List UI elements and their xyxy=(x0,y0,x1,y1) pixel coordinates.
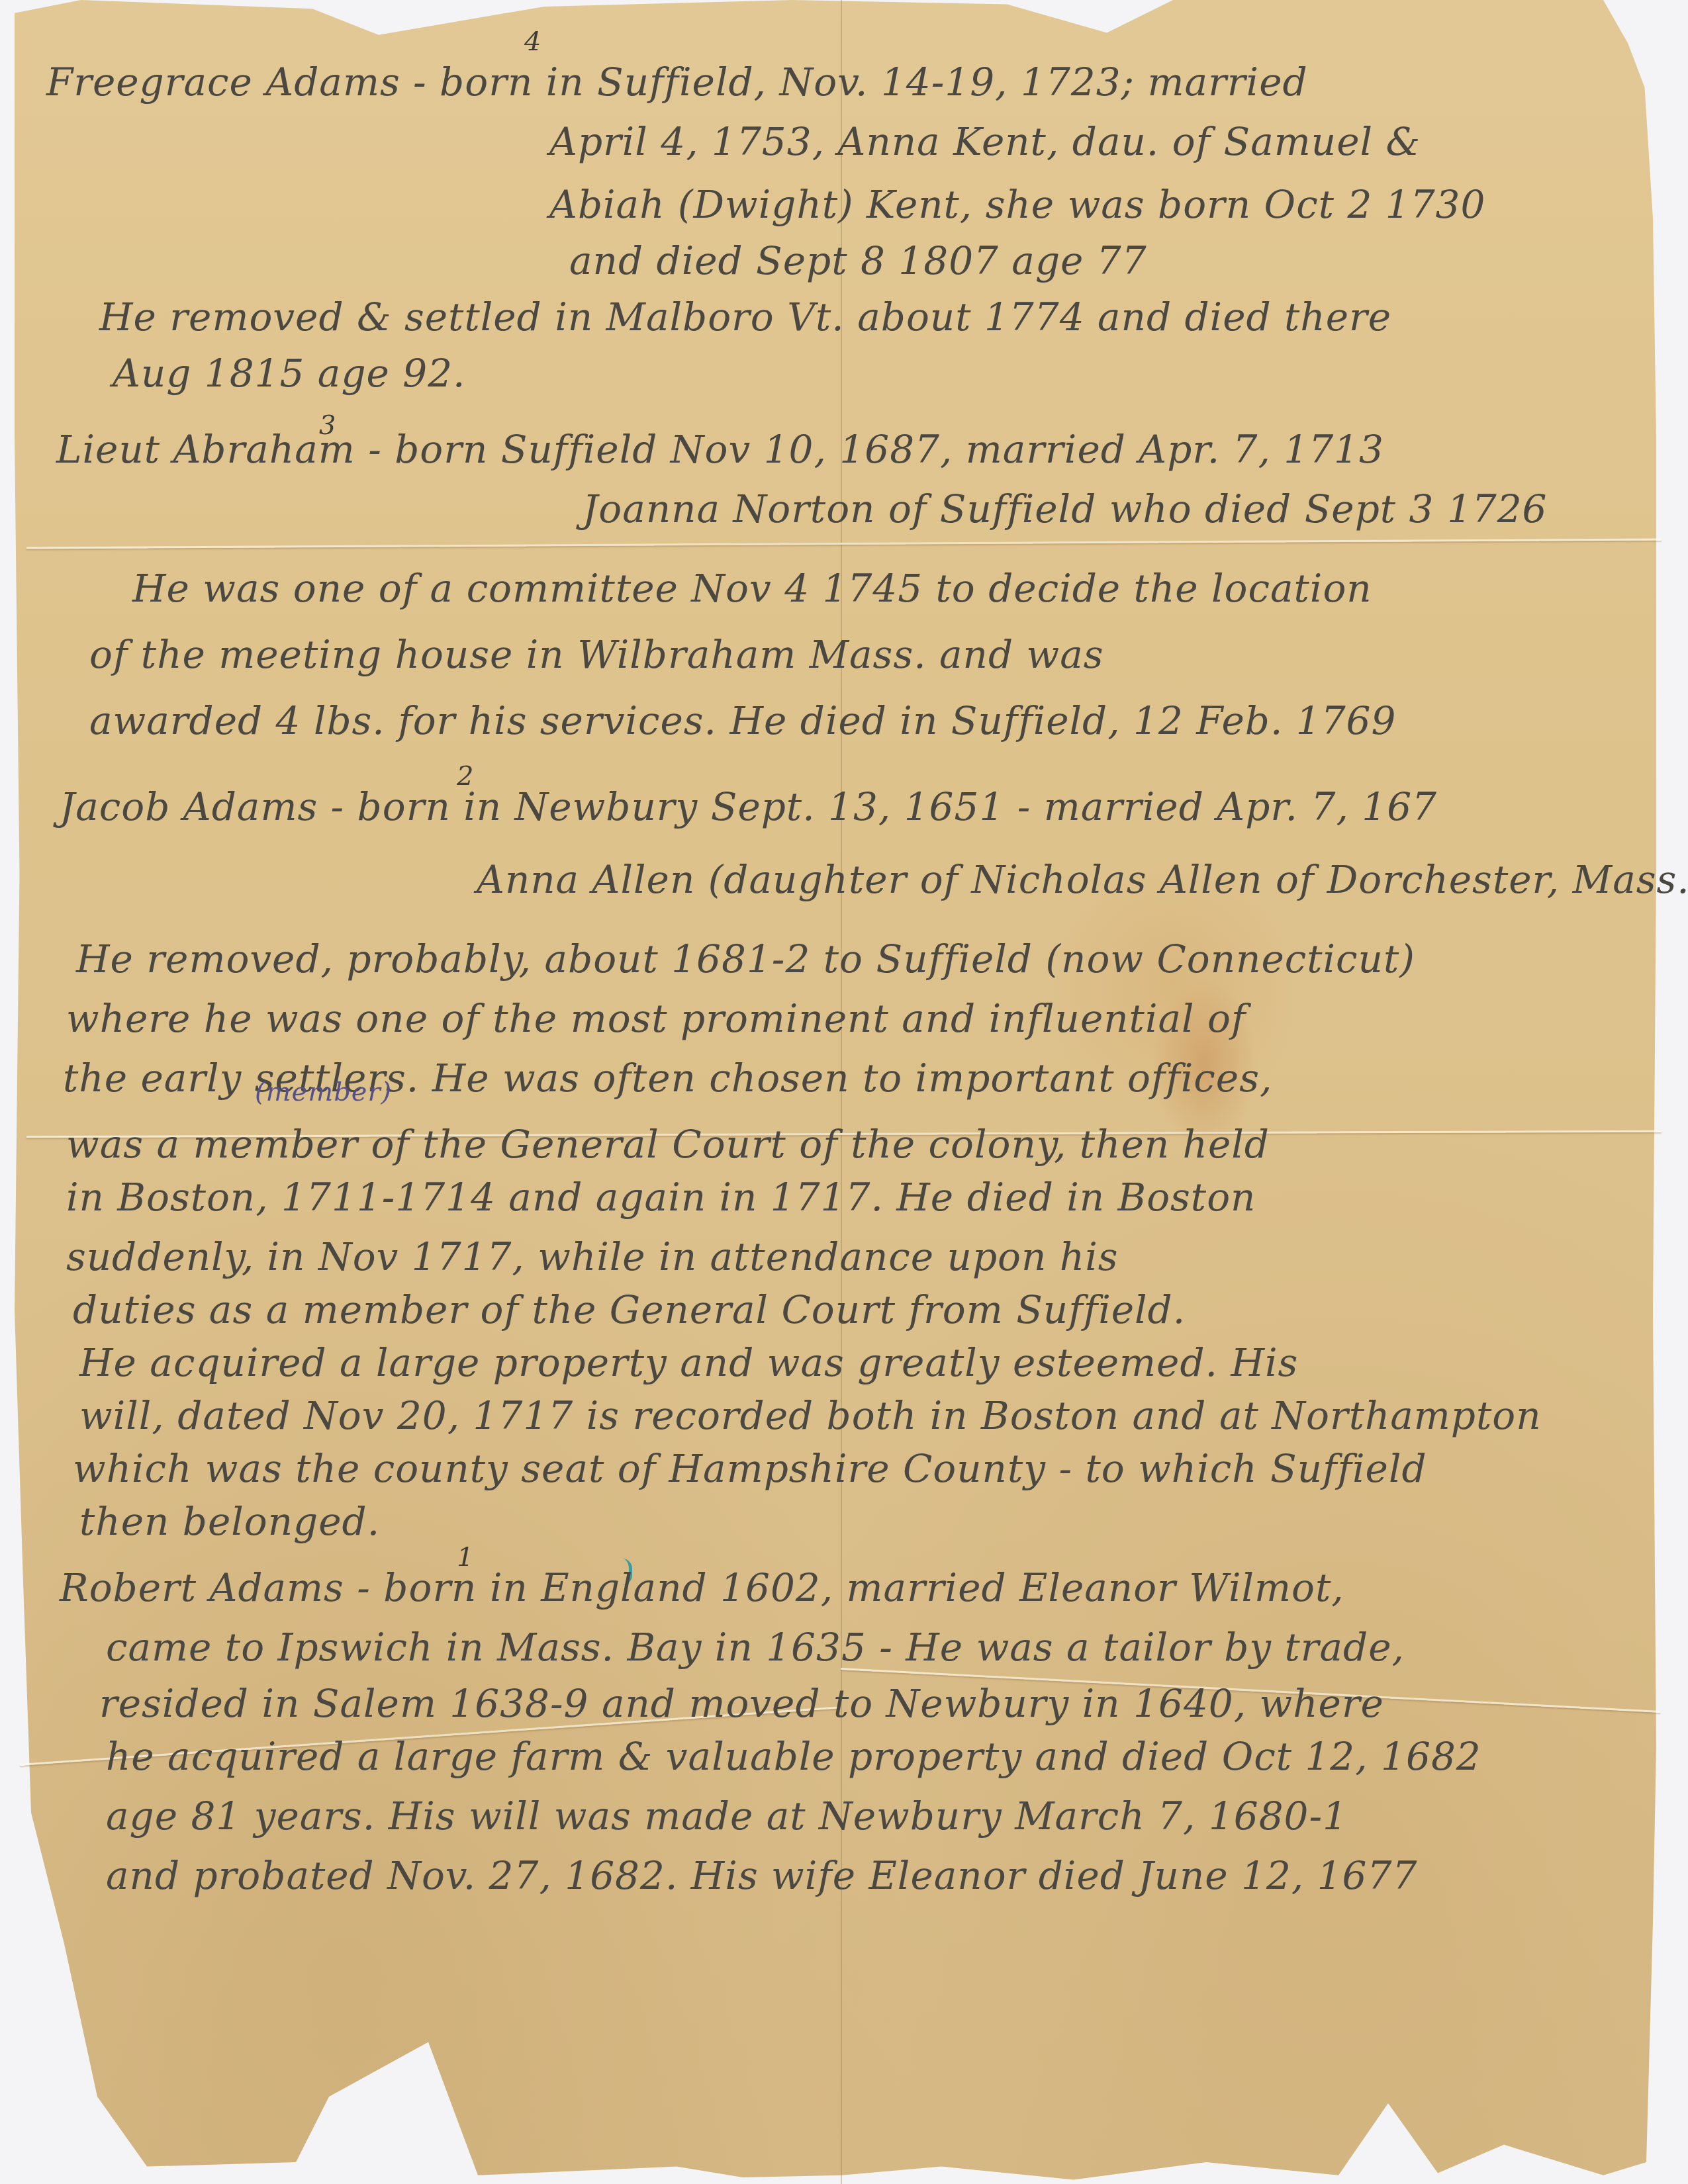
handwritten-line: which was the county seat of Hampshire C… xyxy=(73,1449,1427,1488)
generation-number: 2 xyxy=(457,761,473,792)
handwritten-line: the early settlers. He was often chosen … xyxy=(63,1059,1272,1097)
handwritten-line: suddenly, in Nov 1717, while in attendan… xyxy=(66,1238,1118,1276)
handwritten-line: where he was one of the most prominent a… xyxy=(66,999,1246,1038)
handwritten-line: resided in Salem 1638-9 and moved to New… xyxy=(99,1684,1384,1723)
handwritten-line: Aug 1815 age 92. xyxy=(113,354,466,392)
handwritten-line: Joanna Norton of Suffield who died Sept … xyxy=(583,490,1548,528)
handwritten-line: awarded 4 lbs. for his services. He died… xyxy=(89,702,1396,740)
handwritten-line: age 81 years. His will was made at Newbu… xyxy=(106,1797,1348,1835)
generation-number: 1 xyxy=(457,1542,473,1572)
handwritten-line: April 4, 1753, Anna Kent, dau. of Samuel… xyxy=(549,122,1421,161)
generation-number: 4 xyxy=(524,26,541,57)
handwritten-line: He was one of a committee Nov 4 1745 to … xyxy=(132,569,1372,608)
generation-number: 3 xyxy=(319,410,336,441)
handwritten-line: Jacob Adams - born in Newbury Sept. 13, … xyxy=(60,788,1437,826)
ink-annotation: (member) xyxy=(255,1079,392,1105)
handwritten-line: He removed & settled in Malboro Vt. abou… xyxy=(99,298,1391,336)
handwritten-line: he acquired a large farm & valuable prop… xyxy=(106,1737,1481,1776)
handwritten-line: duties as a member of the General Court … xyxy=(73,1291,1186,1329)
handwritten-line: Robert Adams - born in England 1602, mar… xyxy=(60,1569,1344,1607)
handwritten-line: in Boston, 1711-1714 and again in 1717. … xyxy=(66,1178,1256,1216)
handwritten-line: was a member of the General Court of the… xyxy=(66,1125,1270,1163)
handwritten-line: will, dated Nov 20, 1717 is recorded bot… xyxy=(79,1396,1542,1435)
handwritten-line: of the meeting house in Wilbraham Mass. … xyxy=(89,635,1104,674)
handwritten-line: then belonged. xyxy=(79,1502,380,1541)
handwritten-line: He removed, probably, about 1681-2 to Su… xyxy=(76,940,1415,978)
handwritten-line: He acquired a large property and was gre… xyxy=(79,1343,1298,1382)
handwritten-line: came to Ipswich in Mass. Bay in 1635 - H… xyxy=(106,1628,1405,1666)
handwritten-line: and probated Nov. 27, 1682. His wife Ele… xyxy=(106,1856,1417,1895)
handwritten-line: Freegrace Adams - born in Suffield, Nov.… xyxy=(46,63,1308,101)
handwritten-line: Anna Allen (daughter of Nicholas Allen o… xyxy=(477,860,1688,899)
handwritten-line: and died Sept 8 1807 age 77 xyxy=(569,242,1147,280)
handwritten-line: Abiah (Dwight) Kent, she was born Oct 2 … xyxy=(549,185,1485,224)
handwritten-line: Lieut Abraham - born Suffield Nov 10, 16… xyxy=(56,430,1384,469)
